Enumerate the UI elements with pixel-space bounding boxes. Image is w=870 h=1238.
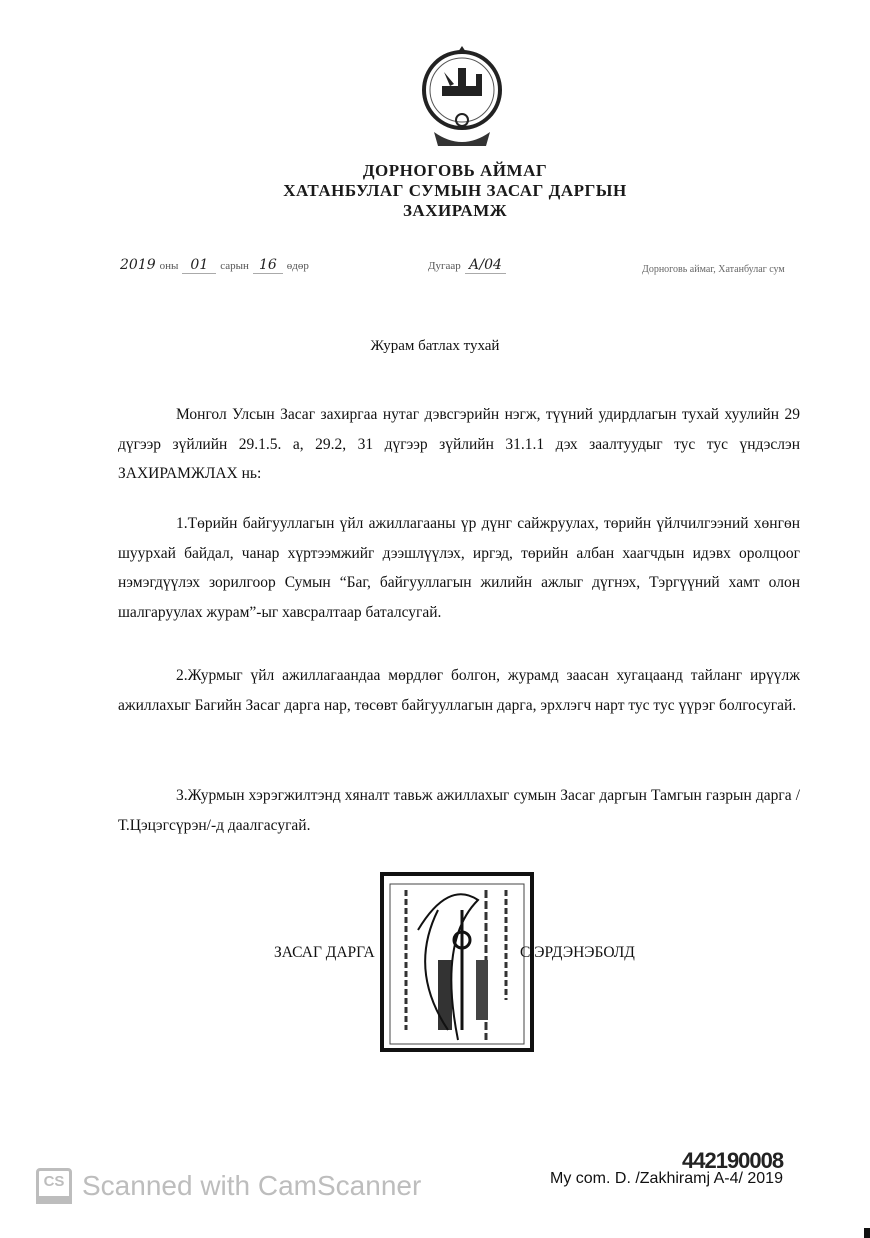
scan-corner-mark bbox=[864, 1228, 870, 1238]
date-year: 2019 bbox=[120, 257, 156, 273]
header-line-sum: ХАТАНБУЛАГ СУМЫН ЗАСАГ ДАРГЫН bbox=[20, 181, 870, 201]
official-stamp-icon bbox=[378, 870, 538, 1055]
clause-2: 2.Журмыг үйл ажиллагаандаа мөрдлөг болго… bbox=[118, 661, 800, 720]
document-title: Журам батлах тухай bbox=[0, 338, 870, 355]
reference-caption: My com. D. /Zakhiramj A-4/ 2019 bbox=[550, 1170, 783, 1188]
camscanner-watermark: CS Scanned with CamScanner bbox=[36, 1168, 421, 1204]
document-number: Дугаар А/04 bbox=[428, 256, 506, 274]
camscanner-logo-icon: CS bbox=[36, 1168, 72, 1204]
watermark-text: Scanned with CamScanner bbox=[82, 1170, 421, 1202]
date-line: 2019 оны 01 сарын 16 өдөр bbox=[120, 256, 309, 274]
document-number-value: А/04 bbox=[465, 257, 506, 274]
preamble-paragraph: Монгол Улсын Засаг захиргаа нутаг дэвсгэ… bbox=[118, 400, 800, 489]
header-line-aimag: ДОРНОГОВЬ АЙМАГ bbox=[20, 161, 870, 181]
header-line-doc-type: ЗАХИРАМЖ bbox=[20, 201, 870, 221]
clause-3: 3.Журмын хэрэгжилтэнд хяналт тавьж ажилл… bbox=[118, 781, 800, 840]
place-of-issue: Дорноговь аймаг, Хатанбулаг сум bbox=[642, 264, 785, 275]
clause-1: 1.Төрийн байгууллагын үйл ажиллагааны үр… bbox=[118, 509, 800, 627]
state-emblem-icon bbox=[418, 42, 506, 154]
date-day: 16 bbox=[253, 257, 283, 274]
signatory-role: ЗАСАГ ДАРГА bbox=[274, 944, 375, 962]
signatory-name: С.ЭРДЭНЭБОЛД bbox=[520, 944, 635, 962]
date-month: 01 bbox=[182, 257, 216, 274]
